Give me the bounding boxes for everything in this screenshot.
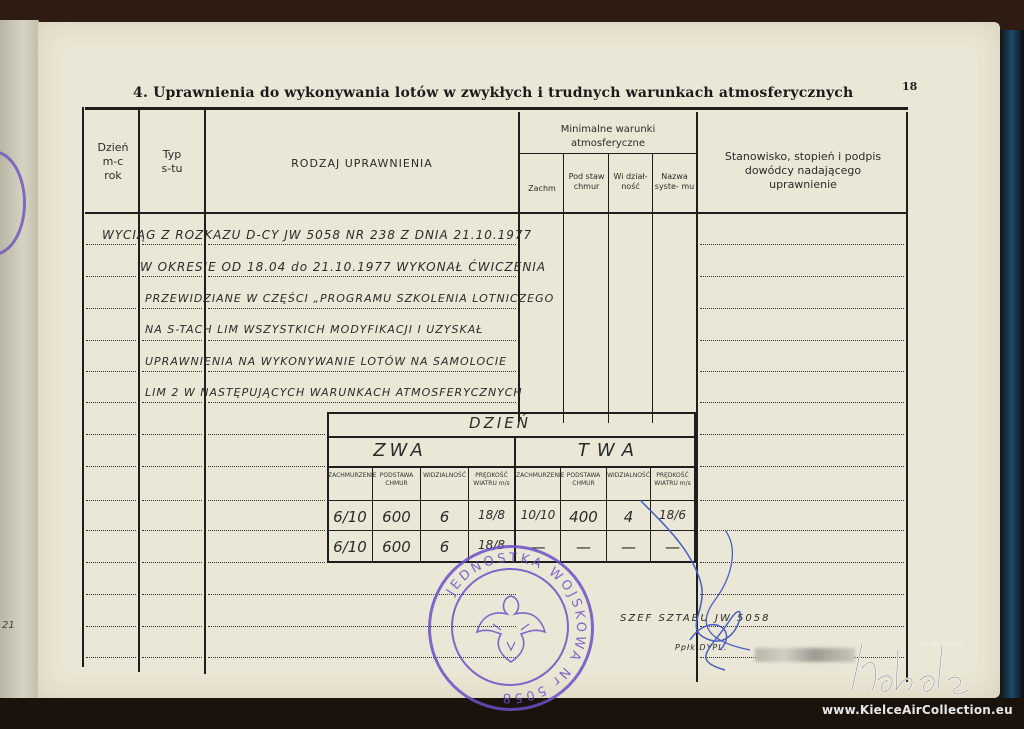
- group-twa: TWA: [540, 440, 680, 461]
- ruled-line: [86, 276, 136, 277]
- header-commander: Stanowisko, stopień i podpis dowódcy nad…: [700, 150, 906, 192]
- ruled-line: [208, 530, 325, 531]
- col-twa-visibility: WIDZIALNOŚĆ: [607, 472, 650, 480]
- ruled-line: [208, 562, 325, 563]
- col-divider-1: [138, 107, 140, 672]
- commander-signature: [630, 490, 780, 690]
- header-system-name: Nazwa syste- mu: [653, 172, 696, 192]
- ruled-line: [142, 594, 202, 595]
- ruled-line: [86, 340, 136, 341]
- table-top-border: [85, 107, 908, 110]
- ruled-line: [700, 244, 904, 245]
- header-date: Dzień m-c rok: [88, 141, 138, 183]
- ruled-line: [86, 657, 136, 658]
- header-cloud-base: Pod staw chmur: [565, 172, 608, 192]
- col-twa-cloud-base: PODSTAWA CHMUR: [561, 472, 606, 488]
- header-qualification-type: RODZAJ UPRAWNIENIA: [206, 157, 518, 171]
- ruled-line: [86, 308, 136, 309]
- ruled-line: [86, 594, 136, 595]
- ruled-line: [86, 244, 136, 245]
- ruled-line: [142, 626, 202, 627]
- left-margin-mark: 21: [2, 620, 15, 631]
- ruled-line: [142, 500, 202, 501]
- ruled-line: [700, 371, 904, 372]
- col-zwa-cloud-cover: ZACHMURZENIE: [328, 472, 372, 480]
- header-bottom-border: [85, 212, 908, 214]
- ruled-line: [86, 562, 136, 563]
- ruled-line: [142, 244, 202, 245]
- col-zwa-visibility: WIDZIALNOŚĆ: [421, 472, 468, 480]
- r1-twa-cloud-base: 400: [561, 508, 606, 526]
- subcol-divider-3: [652, 153, 653, 423]
- group-zwa: ZWA: [340, 440, 460, 461]
- entry-line-5: UPRAWNIENIA NA WYKONYWANIE LOTÓW NA SAMO…: [145, 355, 507, 368]
- watermark-phone: +48 508 794 488: [918, 642, 962, 648]
- col-zwa-cloud-base: PODSTAWA CHMUR: [373, 472, 420, 488]
- ruled-line: [700, 340, 904, 341]
- conditions-title: DZIEŃ: [430, 414, 570, 432]
- entry-line-2: W OKRESIE OD 18.04 do 21.10.1977 WYKONAŁ…: [140, 260, 546, 274]
- r1-twa-cloud-cover: 10/10: [516, 508, 560, 522]
- header-aircraft-type: Typ s-tu: [140, 148, 204, 176]
- ruled-line: [142, 466, 202, 467]
- ruled-line: [142, 340, 202, 341]
- r1-zwa-cloud-cover: 6/10: [328, 508, 372, 526]
- subcol-divider-2: [608, 153, 609, 423]
- entry-line-6: LIM 2 W NASTĘPUJĄCYCH WARUNKACH ATMOSFER…: [145, 386, 523, 399]
- ruled-line: [86, 371, 136, 372]
- entry-line-1: WYCIĄG Z ROZKAZU D-CY JW 5058 NR 238 Z D…: [102, 228, 532, 242]
- ruled-line: [142, 402, 202, 403]
- ruled-line: [142, 371, 202, 372]
- ruled-line: [208, 500, 325, 501]
- r2-zwa-cloud-base: 600: [373, 538, 420, 556]
- ruled-line: [142, 276, 202, 277]
- entry-line-3: PRZEWIDZIANE W CZĘŚCI „PROGRAMU SZKOLENI…: [145, 292, 554, 305]
- ruled-line: [142, 530, 202, 531]
- r1-zwa-visibility: 6: [421, 508, 468, 526]
- eagle-emblem-icon: [473, 588, 549, 668]
- ruled-line: [700, 466, 904, 467]
- header-visibility: Wi dział- ność: [609, 172, 652, 192]
- ruled-line: [700, 308, 904, 309]
- ruled-line: [142, 434, 202, 435]
- ruled-line: [208, 244, 516, 245]
- r2-zwa-cloud-cover: 6/10: [328, 538, 372, 556]
- ruled-line: [208, 402, 516, 403]
- table-left-border: [82, 107, 84, 667]
- ruled-line: [208, 434, 325, 435]
- ruled-line: [86, 402, 136, 403]
- left-page-edge: 21: [0, 20, 39, 700]
- r1-zwa-cloud-base: 600: [373, 508, 420, 526]
- ruled-line: [208, 340, 516, 341]
- col-twa-wind: PRĘDKOŚĆ WIATRU m/s: [651, 472, 694, 488]
- ruled-line: [208, 308, 516, 309]
- r1-zwa-wind: 18/8: [469, 508, 514, 522]
- ruled-line: [86, 530, 136, 531]
- ruled-line: [142, 308, 202, 309]
- ruled-line: [86, 500, 136, 501]
- book-spine: [1000, 30, 1024, 710]
- ruled-line: [86, 626, 136, 627]
- ruled-line: [142, 657, 202, 658]
- ruled-line: [700, 276, 904, 277]
- ruled-line: [700, 434, 904, 435]
- col-twa-cloud-cover: ZACHMURZENIE: [516, 472, 560, 480]
- official-stamp: JEDNOSTKA WOJSKOWA Nr 5058: [428, 545, 594, 711]
- ruled-line: [142, 562, 202, 563]
- ruled-line: [86, 434, 136, 435]
- collector-signature-logo: [848, 640, 978, 700]
- page-number: 18: [902, 80, 917, 93]
- table-right-border: [906, 112, 908, 682]
- ruled-line: [208, 466, 325, 467]
- watermark-site[interactable]: www.KielceAirCollection.eu: [822, 703, 1013, 717]
- header-cloud-cover: Zachm: [520, 182, 564, 196]
- ruled-line: [86, 466, 136, 467]
- header-min-conditions: Minimalne warunki atmosferyczne: [520, 123, 696, 151]
- col-zwa-wind: PRĘDKOŚĆ WIATRU m/s: [469, 472, 514, 488]
- section-title: 4. Uprawnienia do wykonywania lotów w zw…: [133, 85, 853, 101]
- entry-line-4: NA S-TACH LIM WSZYSTKICH MODYFIKACJI I U…: [145, 323, 483, 336]
- ruled-line: [208, 276, 516, 277]
- ruled-line: [700, 402, 904, 403]
- left-stamp-fragment: [0, 150, 26, 256]
- ruled-line: [208, 371, 516, 372]
